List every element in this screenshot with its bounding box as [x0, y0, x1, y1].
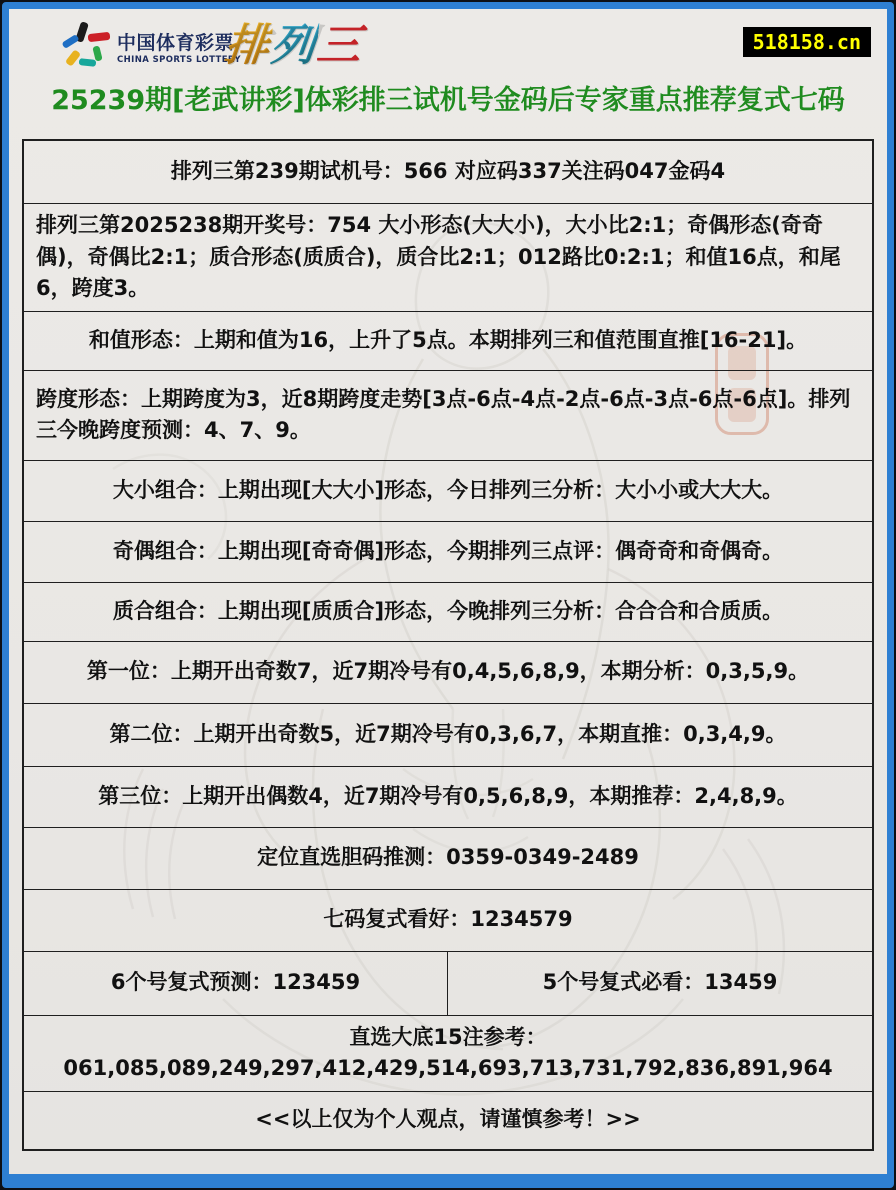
row-test-number: 排列三第239期试机号：566 对应码337关注码047金码4: [24, 141, 872, 204]
logo-char-pai: 排: [222, 20, 273, 71]
row-position-1: 第一位：上期开出奇数7，近7期冷号有0,4,5,6,8,9，本期分析：0,3,5…: [24, 642, 872, 704]
row-text: 和值形态：上期和值为16，上升了5点。本期排列三和值范围直推[16-21]。: [89, 325, 807, 357]
row-compound-split: 6个号复式预测：123459 5个号复式必看：13459: [24, 952, 872, 1016]
row-seven-compound: 七码复式看好：1234579: [24, 890, 872, 952]
page-frame: 中国体育彩票 CHINA SPORTS LOTTERY 排列三 518158.c…: [2, 2, 894, 1188]
row-text: 第二位：上期开出奇数5，近7期冷号有0,3,6,7，本期直推：0,3,4,9。: [110, 719, 787, 751]
cell-text: 5个号复式必看：13459: [543, 967, 778, 999]
sports-lottery-emblem-icon: [61, 21, 111, 71]
cell-six-compound: 6个号复式预测：123459: [24, 952, 448, 1015]
pailiesan-logo-text: 排列三: [223, 24, 366, 68]
row-direct-base: 直选大底15注参考：061,085,089,249,297,412,429,51…: [24, 1016, 872, 1092]
row-text: 排列三第2025238期开奖号：754 大小形态(大大小)，大小比2:1；奇偶形…: [36, 210, 860, 305]
row-text: 排列三第239期试机号：566 对应码337关注码047金码4: [171, 156, 725, 188]
row-bigsmall-combo: 大小组合：上期出现[大大小]形态，今日排列三分析：大小小或大大大。: [24, 461, 872, 522]
row-prime-combo: 质合组合：上期出现[质质合]形态，今晚排列三分析：合合合和合质质。: [24, 583, 872, 642]
row-disclaimer: <<以上仅为个人观点，请谨慎参考！>>: [24, 1092, 872, 1149]
row-text: 大小组合：上期出现[大大小]形态，今日排列三分析：大小小或大大大。: [113, 475, 783, 507]
row-text: <<以上仅为个人观点，请谨慎参考！>>: [255, 1104, 640, 1136]
row-text: 第一位：上期开出奇数7，近7期冷号有0,4,5,6,8,9，本期分析：0,3,5…: [87, 656, 809, 688]
row-text: 质合组合：上期出现[质质合]形态，今晚排列三分析：合合合和合质质。: [113, 596, 783, 628]
site-url-badge[interactable]: 518158.cn: [743, 27, 871, 57]
row-span-form: 跨度形态：上期跨度为3，近8期跨度走势[3点-6点-4点-2点-6点-3点-6点…: [24, 371, 872, 461]
logo-char-lie: 列: [268, 20, 319, 71]
row-sum-form: 和值形态：上期和值为16，上升了5点。本期排列三和值范围直推[16-21]。: [24, 312, 872, 371]
brand-name-cn: 中国体育彩票: [117, 28, 217, 55]
row-text: 七码复式看好：1234579: [323, 904, 572, 936]
logo-char-san: 三: [314, 20, 365, 71]
row-text: 直选大底15注参考：061,085,089,249,297,412,429,51…: [36, 1022, 860, 1085]
article-title: 25239期[老武讲彩]体彩排三试机号金码后专家重点推荐复式七码: [9, 78, 887, 117]
row-position-3: 第三位：上期开出偶数4，近7期冷号有0,5,6,8,9，本期推荐：2,4,8,9…: [24, 767, 872, 828]
lottery-logo: 中国体育彩票 CHINA SPORTS LOTTERY 排列三: [61, 21, 363, 71]
brand-name-en: CHINA SPORTS LOTTERY: [117, 55, 217, 65]
header: 中国体育彩票 CHINA SPORTS LOTTERY 排列三 518158.c…: [9, 9, 887, 75]
brand-text-block: 中国体育彩票 CHINA SPORTS LOTTERY: [117, 28, 217, 65]
cell-five-compound: 5个号复式必看：13459: [448, 952, 872, 1015]
cell-text: 6个号复式预测：123459: [111, 967, 360, 999]
row-last-draw: 排列三第2025238期开奖号：754 大小形态(大大小)，大小比2:1；奇偶形…: [24, 204, 872, 312]
row-position-2: 第二位：上期开出奇数5，近7期冷号有0,3,6,7，本期直推：0,3,4,9。: [24, 704, 872, 767]
row-text: 第三位：上期开出偶数4，近7期冷号有0,5,6,8,9，本期推荐：2,4,8,9…: [98, 781, 798, 813]
row-text: 奇偶组合：上期出现[奇奇偶]形态，今期排列三点评：偶奇奇和奇偶奇。: [113, 536, 783, 568]
row-direct-pick: 定位直选胆码推测：0359-0349-2489: [24, 828, 872, 890]
row-text: 定位直选胆码推测：0359-0349-2489: [257, 842, 639, 874]
row-text: 跨度形态：上期跨度为3，近8期跨度走势[3点-6点-4点-2点-6点-3点-6点…: [36, 384, 860, 447]
row-oddeven-combo: 奇偶组合：上期出现[奇奇偶]形态，今期排列三点评：偶奇奇和奇偶奇。: [24, 522, 872, 583]
prediction-table: 排列三第239期试机号：566 对应码337关注码047金码4 排列三第2025…: [22, 139, 874, 1151]
